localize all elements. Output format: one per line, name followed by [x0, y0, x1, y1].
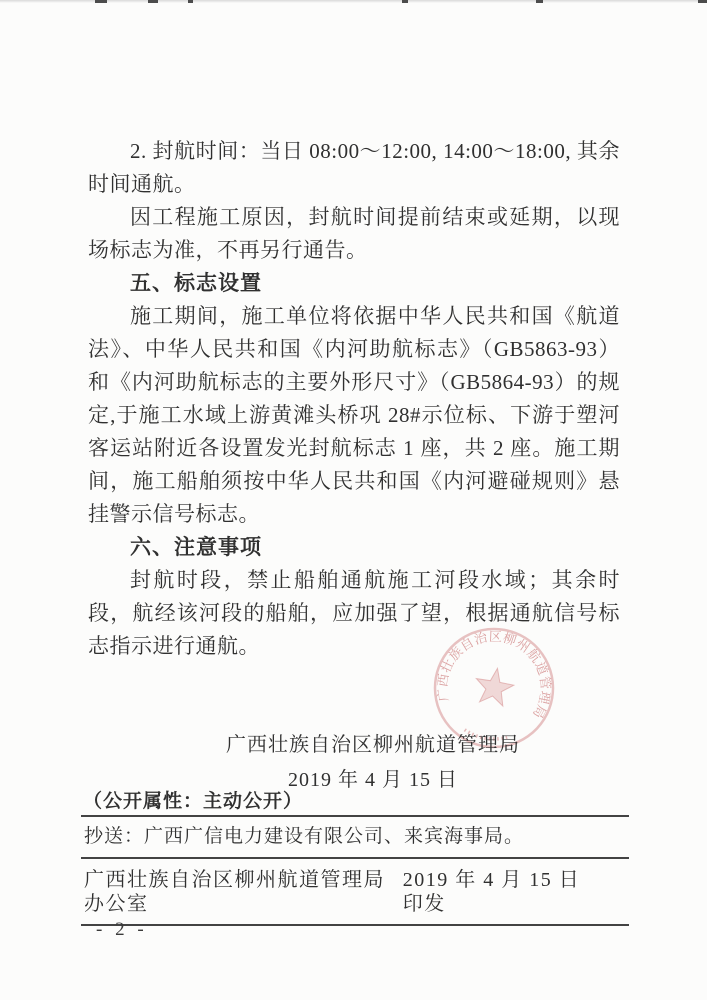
document-body: 2. 封航时间：当日 08:00～12:00, 14:00～18:00, 其余时… [0, 0, 707, 798]
document-page: 广西壮族自治区柳州航道管理局 2. 封航时间：当日 08:00～12:00, 1… [0, 0, 707, 1000]
paragraph-mark-setup: 施工期间，施工单位将依据中华人民共和国《航道法》、中华人民共和国《内河助航标志》… [88, 300, 620, 531]
issue-date: 2019 年 4 月 15 日印发 [403, 868, 595, 916]
scan-artifact-speck [698, 0, 707, 3]
scan-artifact-speck [95, 0, 107, 3]
issuer-line: 广西壮族自治区柳州航道管理局办公室 2019 年 4 月 15 日印发 [81, 859, 629, 924]
signature-authority: 广西壮族自治区柳州航道管理局 [226, 728, 520, 763]
cc-line: 抄送：广西广信电力建设有限公司、来宾海事局。 [81, 817, 629, 857]
page-number: - 2 - [96, 919, 148, 941]
scan-artifact-speck [402, 0, 408, 3]
publicity-attribute-label: （公开属性：主动公开） [81, 791, 629, 815]
scan-artifact-speck [536, 0, 543, 3]
section-heading-6: 六、注意事项 [88, 531, 620, 564]
issuing-office: 广西壮族自治区柳州航道管理局办公室 [84, 868, 403, 916]
paragraph-closure-time: 2. 封航时间：当日 08:00～12:00, 14:00～18:00, 其余时… [88, 135, 620, 201]
footer-rule-3 [81, 924, 629, 926]
scan-artifact-speck [188, 0, 193, 3]
paragraph-attention: 封航时段，禁止船舶通航施工河段水域；其余时段，航经该河段的船舶，应加强了望，根据… [88, 564, 620, 663]
signature-block: 广西壮族自治区柳州航道管理局 2019 年 4 月 15 日 [88, 728, 620, 798]
document-footer: （公开属性：主动公开） 抄送：广西广信电力建设有限公司、来宾海事局。 广西壮族自… [81, 791, 629, 926]
scan-artifact-speck [148, 0, 158, 3]
paragraph-closure-change-notice: 因工程施工原因，封航时间提前结束或延期，以现场标志为准，不再另行通告。 [88, 201, 620, 267]
section-heading-5: 五、标志设置 [88, 267, 620, 300]
